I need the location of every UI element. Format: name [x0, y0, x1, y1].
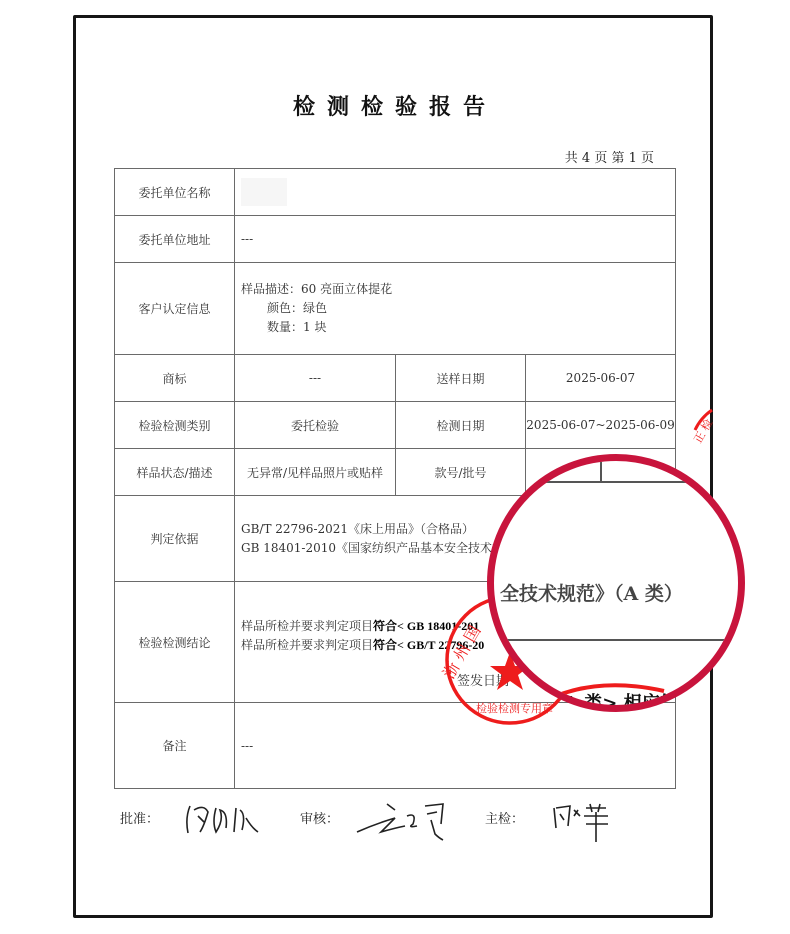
mag-table-line: [600, 461, 602, 483]
test-date-value: 2025-06-07~2025-06-09: [526, 402, 676, 449]
client-name-label: 委托单位名称: [115, 169, 235, 216]
style-batch-label: 款号/批号: [396, 449, 526, 496]
trademark-value: ---: [235, 355, 396, 402]
review-label: 审核：: [300, 808, 339, 827]
report-title: 检测检验报告: [0, 90, 790, 121]
sample-status-label: 样品状态/描述: [115, 449, 235, 496]
test-date-label: 检测日期: [396, 402, 526, 449]
customer-info-value: 样品描述：60 亮面立体提花 颜色：绿色 数量：1 块: [235, 263, 676, 355]
signature-row: 批准： 审核： 主检：: [120, 798, 680, 848]
conclusion-label: 检验检测结论: [115, 582, 235, 703]
sample-date-label: 送样日期: [396, 355, 526, 402]
redacted-client-name: [241, 178, 287, 206]
sample-quantity: 数量：1 块: [241, 318, 675, 337]
basis-label: 判定依据: [115, 496, 235, 582]
page-indicator: 共 4 页 第 1 页: [565, 147, 654, 166]
client-address-value: ---: [235, 216, 676, 263]
magnified-basis-text: 全技术规范》（A 类）: [500, 579, 683, 606]
table-row: 备注 ---: [115, 703, 676, 789]
reviewer-signature: [355, 798, 455, 848]
inspection-type-label: 检验检测类别: [115, 402, 235, 449]
table-row: 委托单位地址 ---: [115, 216, 676, 263]
sample-description: 样品描述：60 亮面立体提花: [241, 280, 675, 299]
inspector-label: 主检：: [485, 808, 524, 827]
table-row: 委托单位名称: [115, 169, 676, 216]
approve-label: 批准：: [120, 808, 159, 827]
magnified-stamp-fragment: 测 检: [494, 661, 744, 712]
inspection-type-value: 委托检验: [235, 402, 396, 449]
remarks-label: 备注: [115, 703, 235, 789]
client-name-value: [235, 169, 676, 216]
mag-table-line: [494, 481, 745, 483]
magnifier-lens: 全技术规范》（A 类） A 类> 相应的 测 检: [487, 454, 745, 712]
trademark-label: 商标: [115, 355, 235, 402]
sample-color: 颜色：绿色: [241, 299, 675, 318]
sample-date-value: 2025-06-07: [526, 355, 676, 402]
approver-signature: [180, 798, 270, 843]
table-row: 检验检测类别 委托检验 检测日期 2025-06-07~2025-06-09: [115, 402, 676, 449]
remarks-value: ---: [235, 703, 676, 789]
customer-info-label: 客户认定信息: [115, 263, 235, 355]
client-address-label: 委托单位地址: [115, 216, 235, 263]
sample-status-value: 无异常/见样品照片或贴样: [235, 449, 396, 496]
inspector-signature: [550, 798, 620, 848]
mag-table-line: [494, 639, 745, 641]
table-row: 商标 --- 送样日期 2025-06-07: [115, 355, 676, 402]
table-row: 客户认定信息 样品描述：60 亮面立体提花 颜色：绿色 数量：1 块: [115, 263, 676, 355]
